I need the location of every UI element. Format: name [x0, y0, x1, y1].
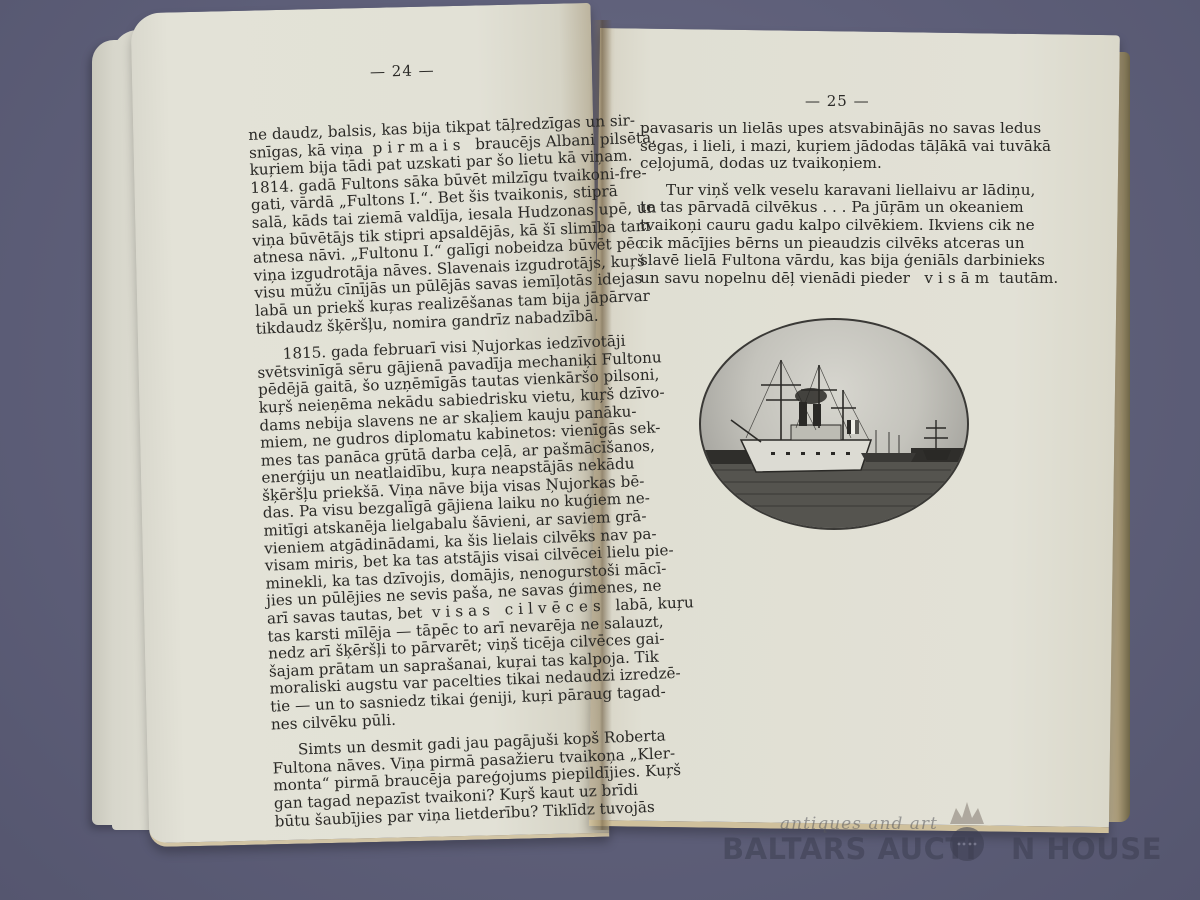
watermark-brand: BALTARS AUCTIN HOUSE — [722, 832, 1162, 866]
text-line: pavasaris un lielās upes atsvabinājās no… — [640, 120, 1010, 138]
page-number-right: — 25 — — [805, 92, 870, 110]
steamship-engraving-icon — [701, 320, 967, 528]
open-book: — 24 — ne daudz, balsis, kas bija tikpat… — [0, 0, 1200, 900]
text-line: te tas pārvadā cilvēkus . . . Pa jūŗām u… — [640, 199, 1010, 217]
emphasized-word: visām — [924, 269, 994, 287]
text-line: Tur viņš velk veselu karavani liellaivu … — [640, 182, 1010, 200]
ship-illustration — [699, 318, 969, 530]
text-line: segas, i lieli, i mazi, kuŗiem jādodas t… — [640, 138, 1010, 156]
text-line: slavē lielā Fultona vārdu, kas bija ģeni… — [640, 252, 1010, 270]
right-page-body-text: pavasaris un lielās upes atsvabinājās no… — [640, 120, 1010, 287]
text-line: un savu nopelnu dēļ vienādi pieder visām… — [640, 270, 1010, 288]
left-page-body-text: ne daudz, balsis, kas bija tikpat tāļred… — [248, 114, 617, 831]
text-line: ceļojumā, dodas uz tvaikoņiem. — [640, 155, 1010, 173]
text-line: tvaikoņi cauru gadu kalpo cilvēkiem. Ikv… — [640, 217, 1010, 235]
text-line: cik mācījies bērns un pieaudzis cilvēks … — [640, 235, 1010, 253]
page-number-left: — 24 — — [370, 61, 435, 81]
